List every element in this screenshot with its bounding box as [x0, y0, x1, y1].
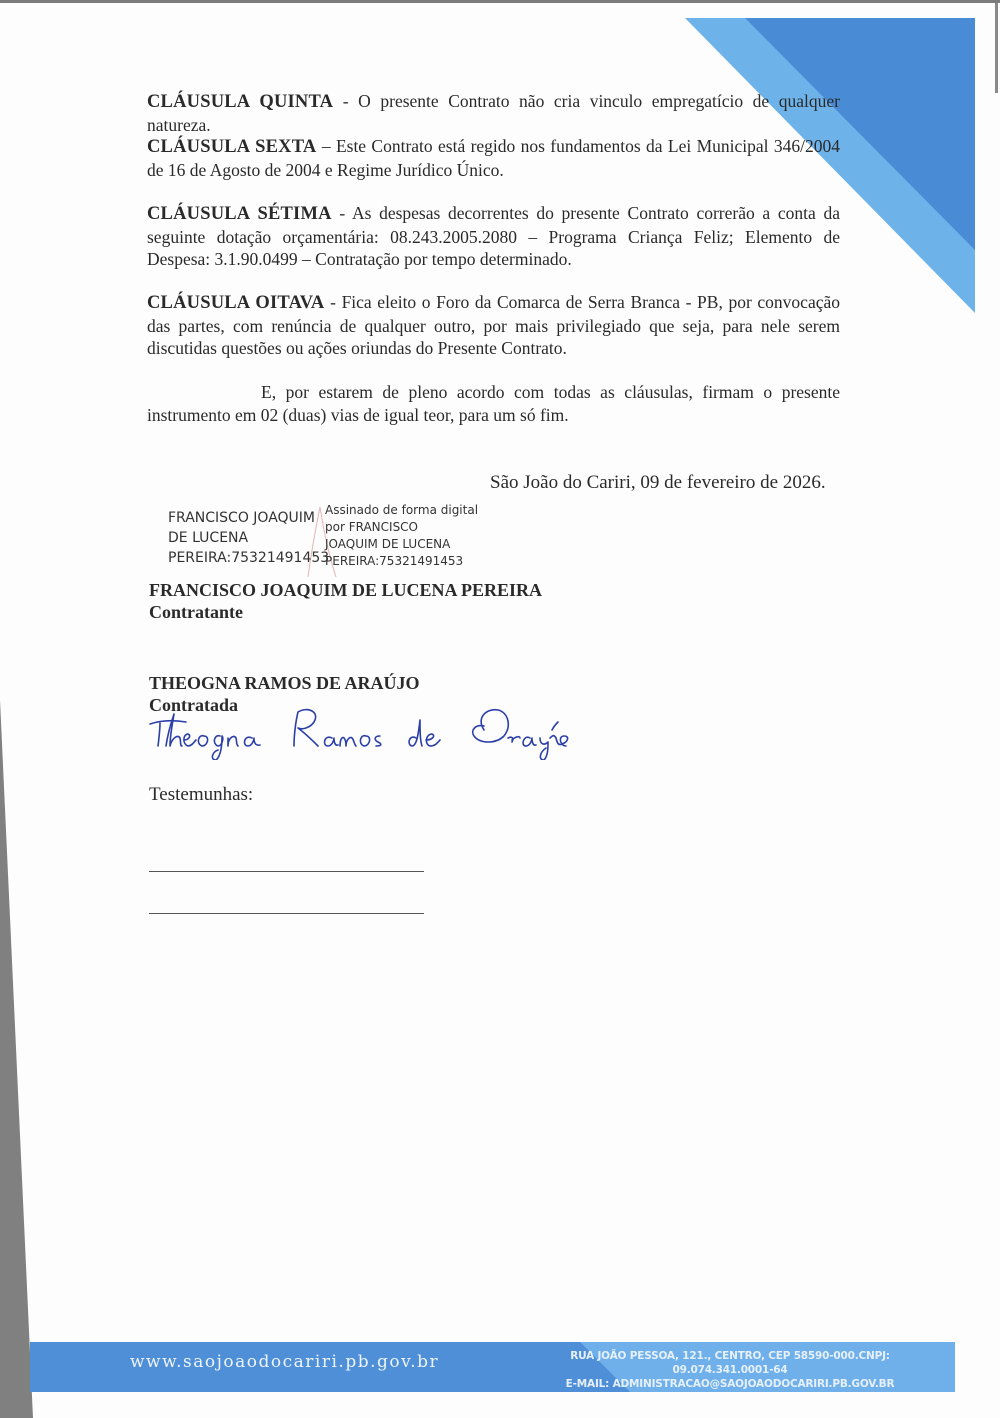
- footer-website: www.saojoaodocariri.pb.gov.br: [130, 1352, 439, 1372]
- clause-oitava: CLÁUSULA OITAVA - Fica eleito o Foro da …: [147, 291, 840, 360]
- footer-address-line: RUA JOÃO PESSOA, 121., CENTRO, CEP 58590…: [520, 1349, 940, 1377]
- clause-heading: CLÁUSULA OITAVA: [147, 293, 324, 313]
- clause-sexta: CLÁUSULA SEXTA – Este Contrato está regi…: [147, 135, 840, 181]
- contratante-role: Contratante: [149, 601, 243, 623]
- clause-setima: CLÁUSULA SÉTIMA - As despesas decorrente…: [147, 202, 840, 271]
- witness-signature-line-1: [149, 871, 424, 872]
- closing-statement: E, por estarem de pleno acordo com todas…: [147, 381, 840, 426]
- contratante-name: FRANCISCO JOAQUIM DE LUCENA PEREIRA: [149, 579, 542, 601]
- stamp-signed-by: Assinado de forma digital por FRANCISCO …: [325, 502, 478, 570]
- footer-email-line: E-MAIL: ADMINISTRACAO@SAOJOAODOCARIRI.PB…: [520, 1377, 940, 1391]
- stamp-signer-name: FRANCISCO JOAQUIM DE LUCENA PEREIRA:7532…: [168, 508, 329, 568]
- witnesses-label: Testemunhas:: [149, 784, 253, 806]
- clause-heading: CLÁUSULA SEXTA: [147, 137, 316, 157]
- scan-left-shadow: [0, 0, 40, 1418]
- footer-address: RUA JOÃO PESSOA, 121., CENTRO, CEP 58590…: [520, 1349, 940, 1391]
- witness-signature-line-2: [149, 913, 424, 914]
- date-line: São João do Cariri, 09 de fevereiro de 2…: [490, 472, 826, 494]
- clause-heading: CLÁUSULA SÉTIMA: [147, 204, 332, 224]
- clause-heading: CLÁUSULA QUINTA: [147, 92, 333, 112]
- handwritten-signature: [148, 690, 578, 760]
- scan-top-edge: [0, 0, 1000, 3]
- clause-quinta: CLÁUSULA QUINTA - O presente Contrato nã…: [147, 90, 840, 136]
- scan-right-edge: [995, 3, 998, 93]
